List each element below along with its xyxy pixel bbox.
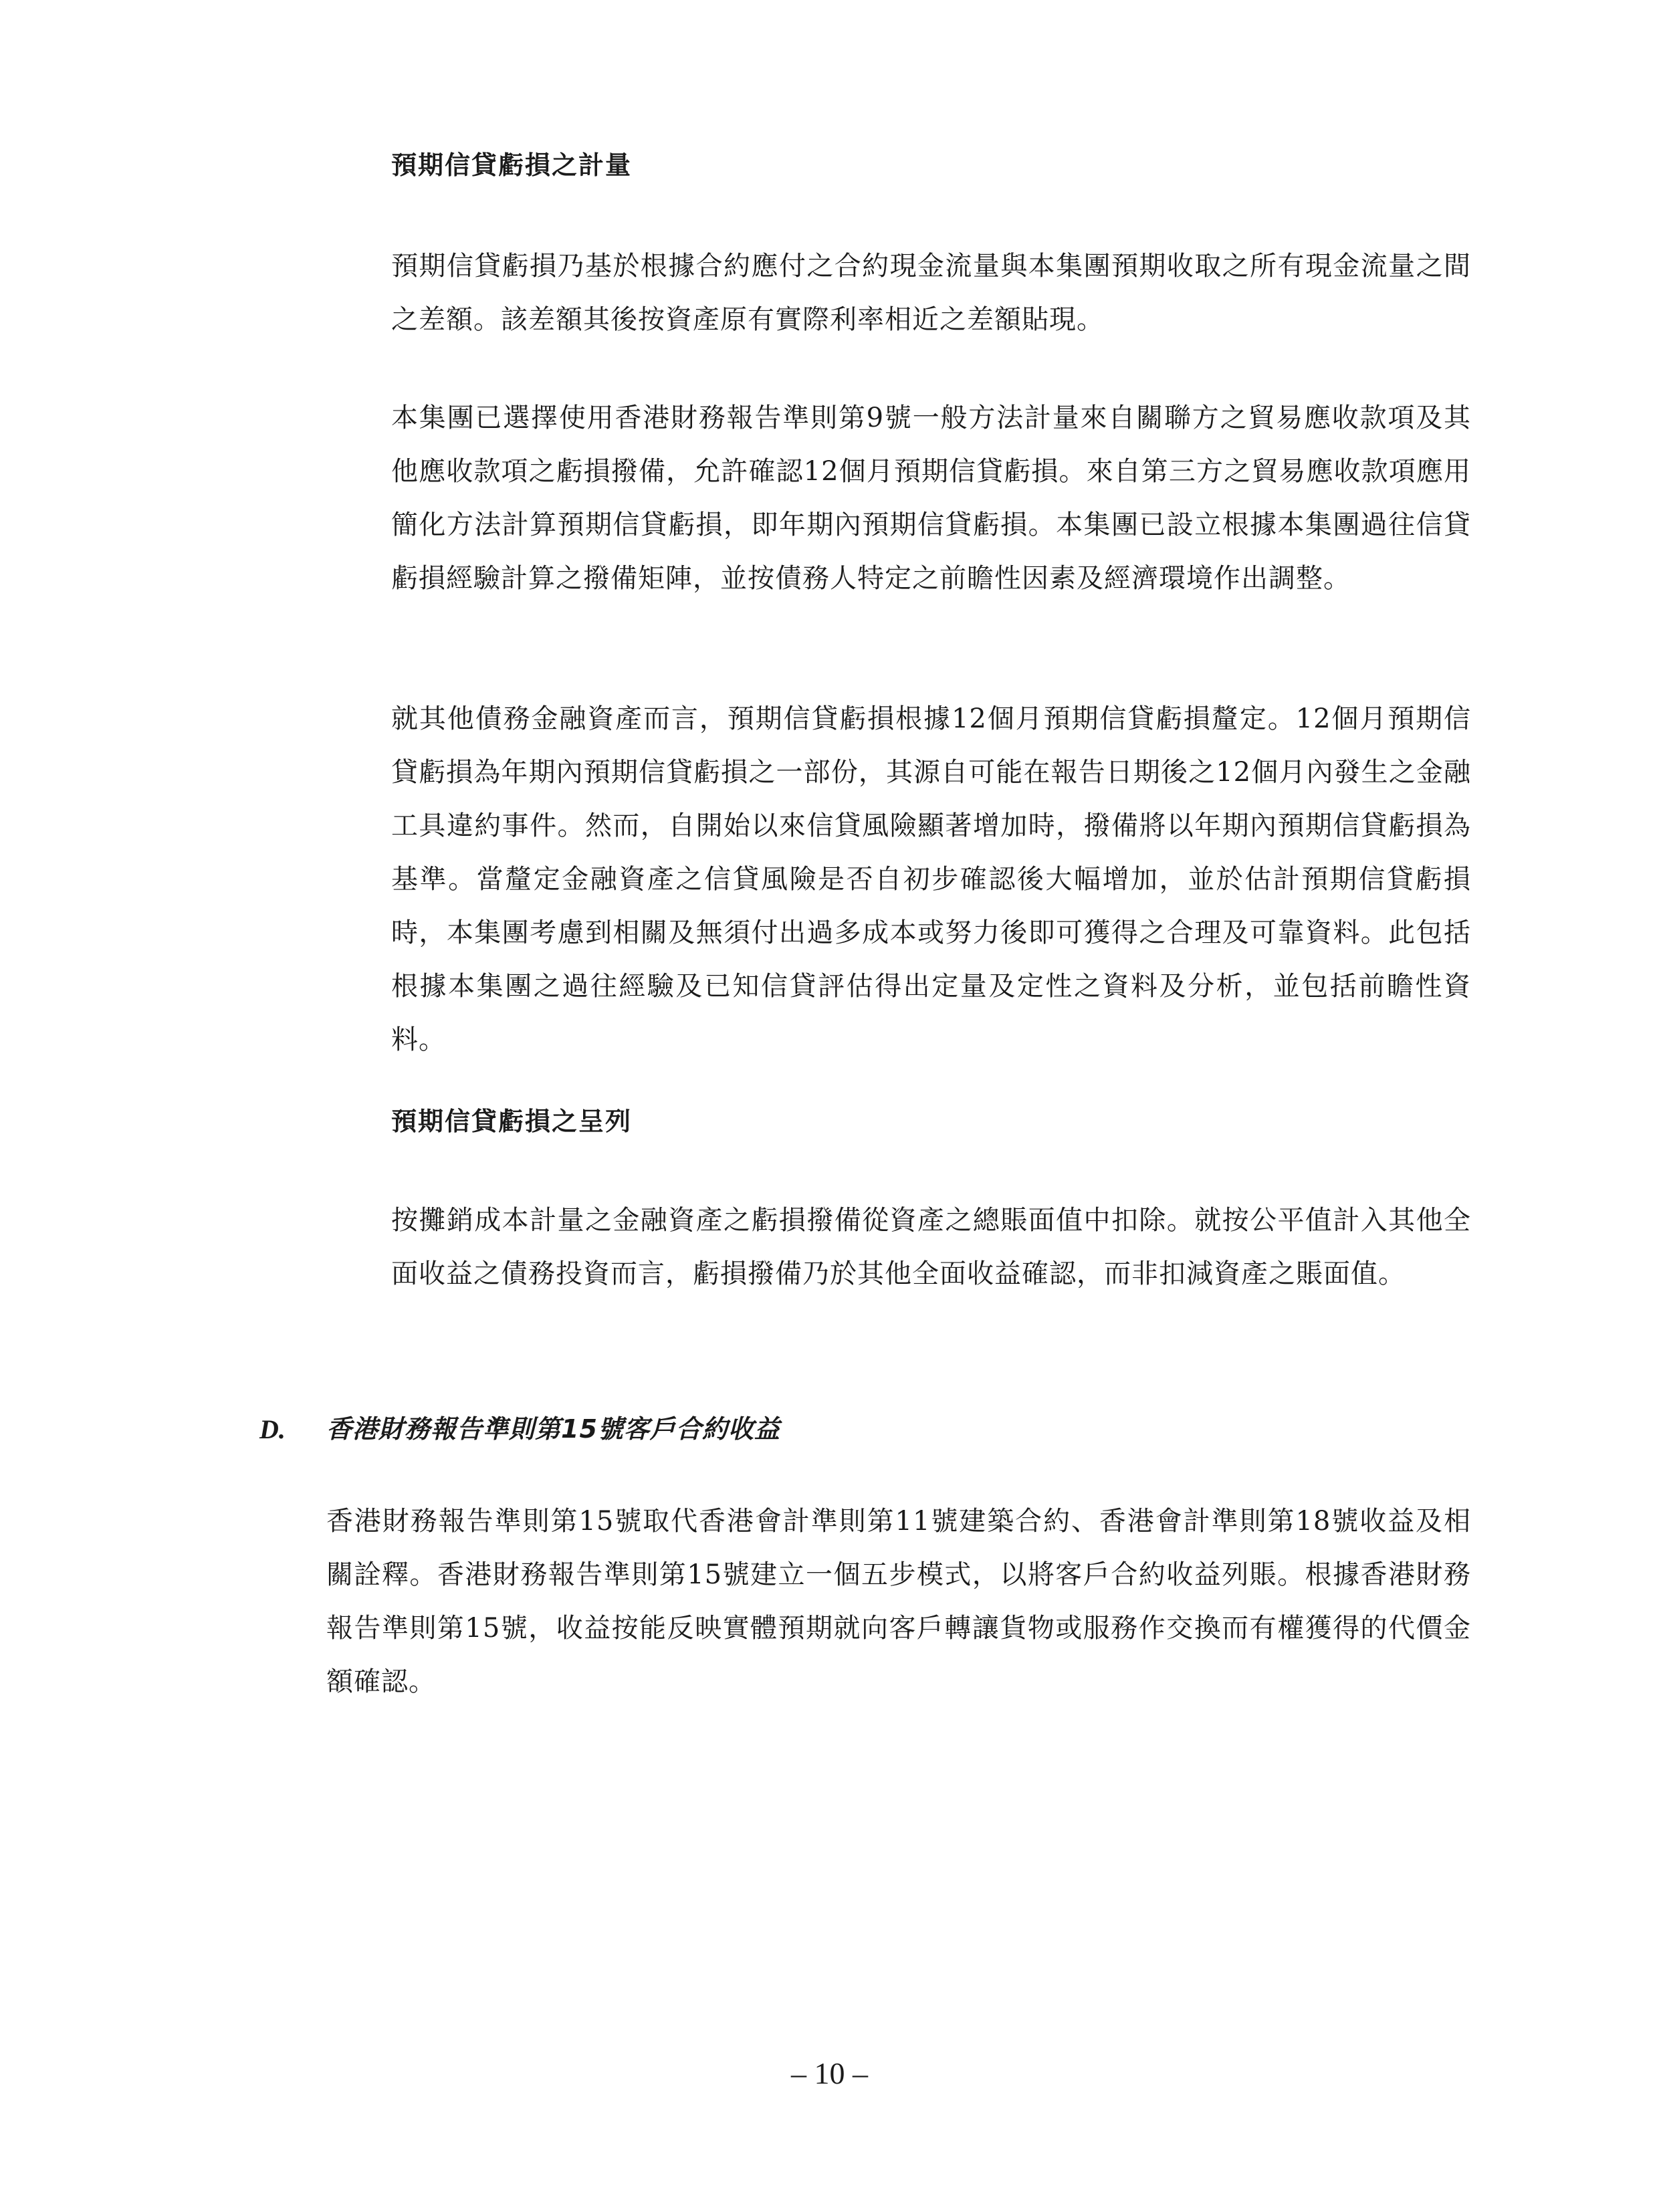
subheading-ecl-presentation: 預期信貸虧損之呈列 [391,1109,632,1134]
section-title: 香港財務報告準則第15號客戶合約收益 [326,1416,780,1443]
section-letter: D. [259,1416,326,1443]
paragraph-general-approach: 本集團已選擇使用香港財務報告準則第9號一般方法計量來自關聯方之貿易應收款項及其他… [391,391,1471,605]
document-page: 預期信貸虧損之計量 預期信貸虧損乃基於根據合約應付之合約現金流量與本集團預期收取… [0,0,1659,2212]
subheading-ecl-measurement: 預期信貸虧損之計量 [391,152,632,178]
paragraph-ecl-definition: 預期信貸虧損乃基於根據合約應付之合約現金流量與本集團預期收取之所有現金流量之間之… [391,239,1471,346]
section-heading-hkfrs15: D. 香港財務報告準則第15號客戶合約收益 [259,1416,780,1443]
paragraph-hkfrs15: 香港財務報告準則第15號取代香港會計準則第11號建築合約、香港會計準則第18號收… [326,1495,1471,1708]
paragraph-ecl-presentation: 按攤銷成本計量之金融資產之虧損撥備從資產之總賬面值中扣除。就按公平值計入其他全面… [391,1194,1471,1301]
paragraph-other-debt-assets: 就其他債務金融資產而言，預期信貸虧損根據12個月預期信貸虧損釐定。12個月預期信… [391,692,1471,1067]
page-number: – 10 – [0,2058,1659,2089]
